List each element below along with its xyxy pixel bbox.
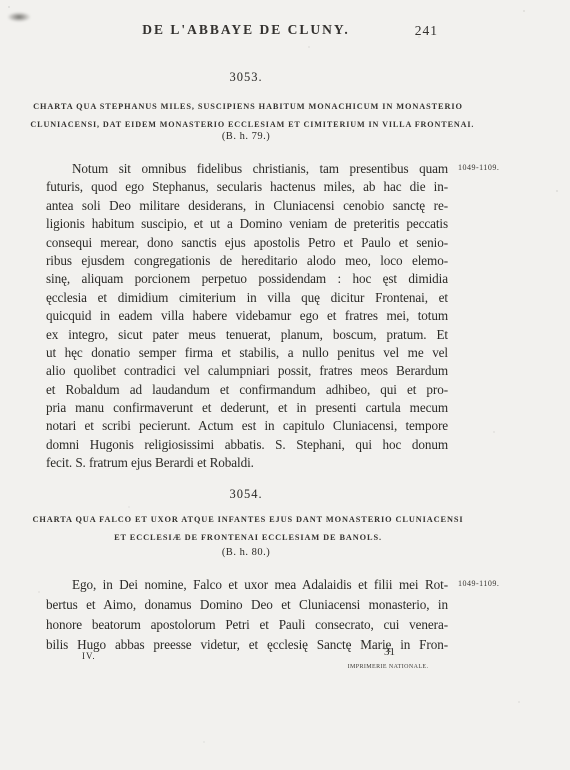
text-line: Ego, in Dei nomine, Falco et uxor mea Ad…	[46, 575, 448, 595]
text-line: bertus et Aimo, donamus Domino Deo et Cl…	[46, 595, 448, 615]
text-line: et Robaldum ad laudandum et confirmandum…	[46, 381, 448, 399]
text-line: notari et scribi pecierunt. Actum est in…	[46, 417, 448, 435]
volume-signature: IV.	[82, 651, 96, 661]
charter-3053-body: Notum sit omnibus fidelibus christianis,…	[46, 160, 448, 473]
text-line: futuris, quod ego Stephanus, secularis h…	[46, 178, 448, 196]
book-page: DE L'ABBAYE DE CLUNY. 241 3053. CHARTA Q…	[0, 0, 570, 770]
text-line: fecit. S. fratrum ejus Berardi et Robald…	[46, 454, 448, 472]
text-line: honore beatorum apostolorum Petri et Pau…	[46, 615, 448, 635]
text-line: CHARTA QUA FALCO ET UXOR ATQUE INFANTES …	[26, 511, 470, 529]
text-line: ribus ejusdem congregationis de heredita…	[46, 252, 448, 270]
text-line: antea soli Deo militare desiderans, in C…	[46, 197, 448, 215]
text-line: pria manu confirmaverunt et dederunt, et…	[46, 399, 448, 417]
text-line: domni Hugonis religiosissimi abbatis. S.…	[46, 436, 448, 454]
charter-3054-margin-date: 1049-1109.	[458, 579, 520, 588]
charter-3053-heading: CHARTA QUA STEPHANUS MILES, SUSCIPIENS H…	[26, 98, 470, 133]
scan-specks	[8, 6, 10, 8]
charter-3053-source-ref: (B. h. 79.)	[46, 131, 446, 142]
charter-3054-body: Ego, in Dei nomine, Falco et uxor mea Ad…	[46, 575, 448, 655]
charter-3053-number: 3053.	[46, 70, 446, 85]
text-line: ęcclesia et dimidium cimiterium in villa…	[46, 289, 448, 307]
text-line: consequi merear, dono sanctis ejus apost…	[46, 234, 448, 252]
charter-3054-heading: CHARTA QUA FALCO ET UXOR ATQUE INFANTES …	[26, 511, 470, 546]
text-line: ligionis habitum suscipio, et ut a Domin…	[46, 215, 448, 233]
text-line: ut hęc donatio semper firma et stabilis,…	[46, 344, 448, 362]
text-line: quicquid in eadem villa habere videbamur…	[46, 307, 448, 325]
text-line: CHARTA QUA STEPHANUS MILES, SUSCIPIENS H…	[26, 98, 470, 116]
text-line: sinę, aliquam porcionem perpetuo posside…	[46, 270, 448, 288]
charter-3054-source-ref: (B. h. 80.)	[46, 547, 446, 558]
charter-3053-margin-date: 1049-1109.	[458, 163, 520, 172]
text-line: Notum sit omnibus fidelibus christianis,…	[46, 160, 448, 178]
sheet-signature-number: 31	[384, 646, 395, 658]
text-line: ex integro, sicut pater meus tenuerat, p…	[46, 326, 448, 344]
text-line: alio quolibet contradici vel calumpniari…	[46, 362, 448, 380]
running-head-title: DE L'ABBAYE DE CLUNY.	[46, 22, 446, 38]
page-number: 241	[398, 23, 438, 39]
imprint-label: IMPRIMERIE NATIONALE.	[338, 664, 438, 670]
charter-3054-number: 3054.	[46, 487, 446, 502]
text-line: ET ECCLESIÆ DE FRONTENAI ECCLESIAM DE BA…	[26, 529, 470, 547]
scan-smudge	[7, 12, 31, 22]
